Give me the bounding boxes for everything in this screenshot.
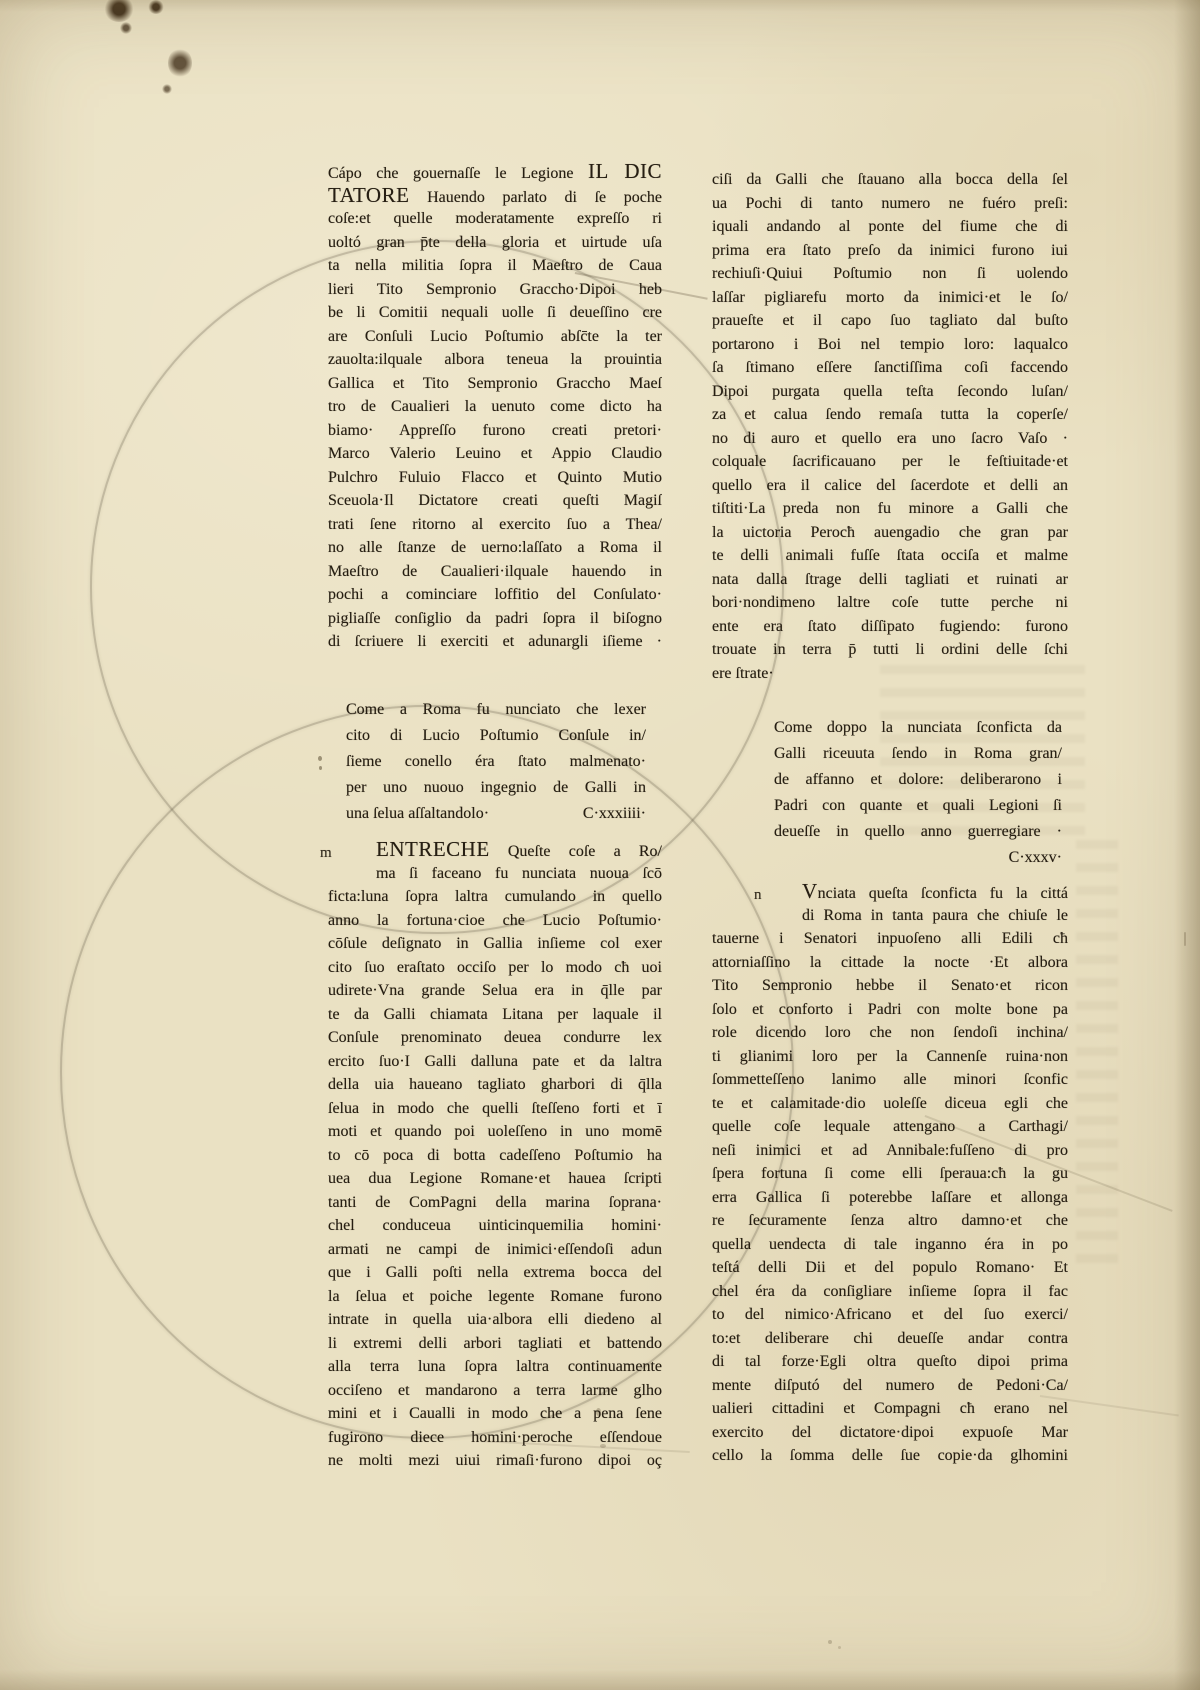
margin-mark bbox=[319, 766, 322, 770]
chapter-135-number: C·xxxv· bbox=[774, 846, 1062, 872]
right-text-column: ciſi da Galli che ſtauano alla bocca del… bbox=[712, 0, 1068, 1690]
chapter-135-heading-lines: Come doppo la nunciata ſconficta daGalli… bbox=[774, 716, 1062, 846]
page-edge-mark bbox=[1184, 932, 1186, 946]
chapter-135-heading: Come doppo la nunciata ſconficta daGalli… bbox=[774, 716, 1062, 872]
chapter-134-heading-lines: Come a Roma fu nunciato che lexercito di… bbox=[346, 698, 646, 802]
ink-stain bbox=[162, 84, 172, 94]
paragraph-135-body: tauerne i Senatori inpuoſeno alli Edili … bbox=[712, 927, 1068, 1468]
ink-stain bbox=[168, 48, 192, 78]
paragraph-134-opening: ENTRECHE Queſte coſe a Ro/ma ſi faceano … bbox=[376, 838, 662, 885]
paragraph-dictator-election: Cápo che gouernaſſe le Legione IL DICTAT… bbox=[328, 160, 662, 654]
chapter-134-number: C·xxxiiii· bbox=[583, 802, 646, 828]
rubricator-guide-letter-m: m bbox=[320, 842, 332, 866]
chapter-134-heading: Come a Roma fu nunciato che lexercito di… bbox=[346, 698, 646, 828]
verso-showthrough bbox=[1076, 840, 1118, 1270]
page-sheet: Cápo che gouernaſſe le Legione IL DICTAT… bbox=[0, 0, 1200, 1690]
chapter-134-heading-last: una ſelua aſſaltandolo· bbox=[346, 802, 489, 828]
paragraph-134-body: ficta:luna ſopra laltra cumulando in que… bbox=[328, 885, 662, 1473]
paragraph-postumio-death: ciſi da Galli che ſtauano alla bocca del… bbox=[712, 168, 1068, 685]
ink-stain bbox=[120, 22, 132, 34]
ink-stain bbox=[104, 0, 134, 22]
page-edge-shadow bbox=[1174, 0, 1200, 1690]
margin-mark bbox=[318, 756, 322, 761]
left-text-column: Cápo che gouernaſſe le Legione IL DICTAT… bbox=[328, 0, 662, 1690]
ink-stain bbox=[148, 0, 164, 14]
paragraph-135-opening: Vnciata queſta ſconficta fu la cittádi R… bbox=[802, 880, 1068, 927]
rubricator-guide-letter-n: n bbox=[754, 884, 762, 908]
